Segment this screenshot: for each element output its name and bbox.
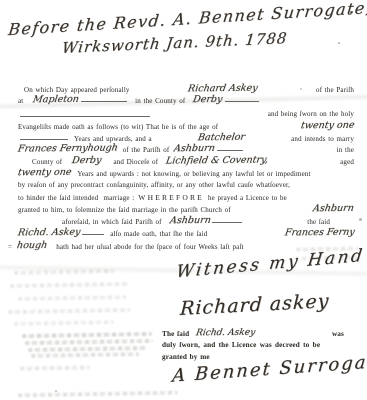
body-line: Frances Fernyhough of the Pariſh of Ashb…	[18, 144, 354, 156]
ink-speck	[350, 11, 353, 13]
body-line: at Mapleton in the County of Derby	[18, 95, 354, 107]
printed-text: aged	[340, 158, 354, 166]
body-line: Richd. Askey alſo made oath, that ſhe th…	[18, 228, 354, 240]
handwritten-bride-name: Frances Fernyhough	[17, 142, 119, 154]
body-line: twenty one Years and upwards : not knowi…	[18, 168, 354, 180]
handwritten-groom-abbrev: Richd. Askey	[17, 227, 81, 239]
scanned-marriage-licence-affidavit: Before the Revd. A. Bennet Surrogate, Wi…	[0, 0, 367, 400]
printed-text: the ſaid	[307, 218, 330, 226]
bleedthrough-line	[25, 339, 153, 345]
printed-text: and Dioceſe of	[113, 158, 158, 166]
printed-text: aforeſaid, in which ſaid Pariſh of	[62, 218, 162, 226]
handwritten-groom-name-attestation: Richd. Askey	[195, 328, 256, 339]
bleedthrough-line	[18, 391, 178, 398]
printed-text: by reaſon of any precontract conſanguini…	[18, 181, 290, 189]
groom-signature: Richard askey	[180, 290, 330, 320]
printed-text: hath had her uſual abode for the ſpace o…	[56, 243, 243, 251]
printed-text: he prayed a Licence to be	[208, 194, 287, 202]
handwritten-bride-age: twenty one	[17, 167, 72, 179]
ink-speck	[359, 218, 362, 221]
handwritten-parish-again: Ashburn	[169, 215, 212, 226]
handwritten-bride-county: Derby	[71, 155, 102, 166]
handwritten-groom-age: twenty one	[300, 120, 355, 132]
bleedthrough-line	[31, 352, 139, 358]
printed-text: was	[332, 330, 344, 338]
body-line: Evangeliſts made oath as follows (to wit…	[18, 121, 354, 133]
handwritten-bride-name-part2: hough	[16, 240, 48, 251]
ink-rule	[212, 222, 242, 223]
printed-text: Evangeliſts made oath as follows (to wit…	[18, 123, 218, 131]
printed-text: and intends to marry	[291, 135, 354, 143]
ink-rule	[20, 116, 150, 117]
handwritten-diocese: Lichfield & Coventry,	[165, 154, 269, 166]
printed-wherefore: WHEREFORE	[138, 193, 204, 202]
handwritten-groom-county: Derby	[192, 94, 223, 105]
handwritten-groom-name: Richard Askey	[187, 83, 258, 95]
printed-text: The ſaid	[162, 330, 189, 338]
printed-text: Years and upwards : not knowing, or beli…	[77, 170, 310, 178]
bleedthrough-line	[14, 269, 114, 275]
printed-text: of the Pariſh of	[123, 146, 170, 154]
handwritten-groom-parish: Mapleton	[32, 94, 80, 105]
printed-text: at	[18, 97, 23, 105]
bleedthrough-line	[28, 346, 148, 352]
printed-text: to hinder the ſaid intended marriage :	[18, 194, 134, 202]
ink-rule	[217, 150, 243, 151]
bleedthrough-line	[18, 295, 126, 301]
bleedthrough-line	[14, 320, 114, 326]
ink-rule	[81, 101, 127, 102]
ink-rule	[225, 101, 259, 102]
attestation-line: The ſaid Richd. Askey was	[162, 329, 344, 341]
printed-text: in the County of	[135, 97, 185, 105]
printed-text: duly ſworn, and the Licence was decreed …	[162, 341, 320, 349]
ink-speck	[55, 390, 57, 392]
handwritten-condition: Batchelor	[197, 132, 246, 143]
bleedthrough-line	[10, 282, 128, 288]
attestation-line: duly ſworn, and the Licence was decreed …	[162, 341, 344, 353]
printed-text: in the	[337, 146, 354, 154]
ink-rule	[20, 139, 68, 140]
handwritten-church: Ashburn	[312, 203, 355, 214]
printed-text: granted by me	[162, 353, 210, 361]
printed-text: County of	[32, 158, 62, 166]
bleedthrough-line	[8, 308, 130, 314]
printed-text: alſo made oath, that ſhe the ſaid	[110, 230, 207, 238]
bleedthrough-line	[22, 332, 152, 338]
body-line: by reaſon of any precontract conſanguini…	[18, 181, 354, 193]
continuation-mark: =	[8, 243, 12, 251]
ink-rule	[82, 234, 104, 235]
printed-text: of the Pariſh	[316, 86, 354, 94]
bleedthrough-line	[20, 365, 90, 370]
handwritten-bride-name-part1: Frances Ferny	[284, 227, 355, 239]
printed-text: granted to him, to ſolemnize the ſaid ma…	[18, 206, 231, 214]
ink-speck	[300, 88, 302, 90]
handwritten-bride-parish: Ashburn	[173, 143, 216, 154]
ink-speck	[338, 42, 340, 44]
printed-text: and being ſworn on the holy	[268, 110, 354, 118]
